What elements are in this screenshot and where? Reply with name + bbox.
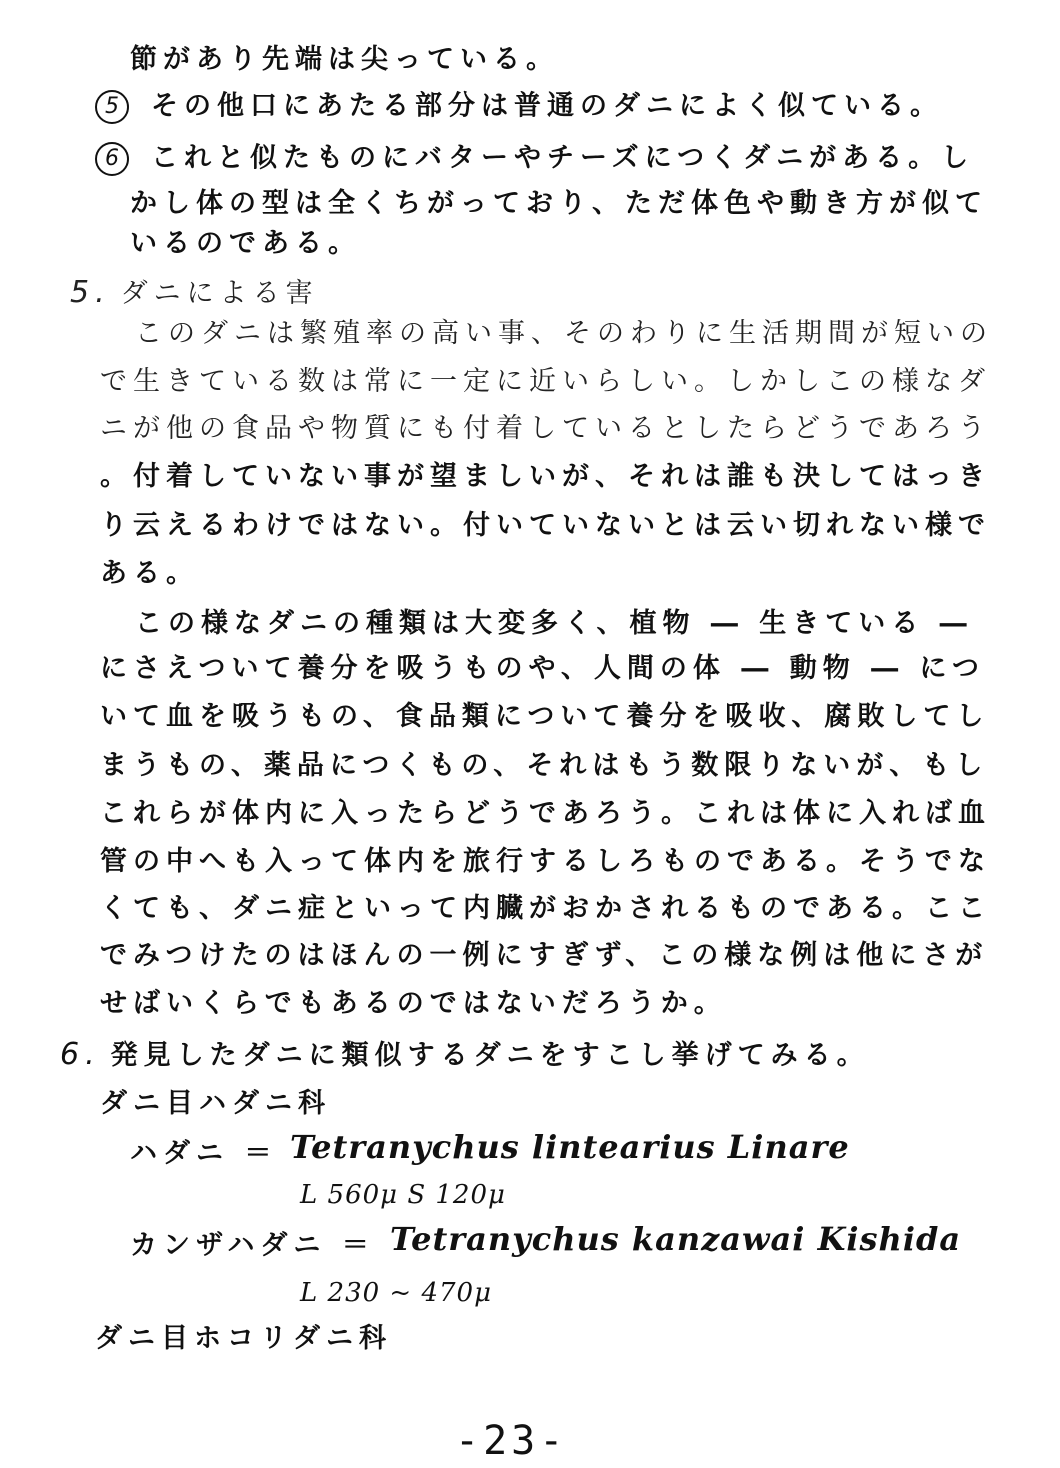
- section-title: 発見したダニに類似するダニをすこし挙げてみる。: [111, 1040, 870, 1071]
- section-5-heading: 5.ダニによる害: [70, 278, 319, 308]
- paragraph-line: にさえついて養分を吸うものや、人間の体 ― 動物 ― につ: [100, 655, 985, 682]
- circled-number-6: 6: [95, 142, 129, 176]
- species-measurements: L 230 ~ 470μ: [300, 1278, 492, 1308]
- list-item-6: 6これと似たものにバターやチーズにつくダニがある。し: [95, 142, 974, 176]
- species-common-name: カンザハダニ ＝: [130, 1232, 375, 1259]
- circled-number-5: 5: [95, 90, 129, 124]
- family-heading-1: ダニ目ハダニ科: [100, 1090, 331, 1117]
- paragraph-line: くても、ダニ症といって内臓がおかされるものである。ここ: [100, 895, 991, 922]
- document-page: 節があり先端は尖っている。 5その他口にあたる部分は普通のダニによく似ている。 …: [0, 0, 1060, 1468]
- continuation-line: 節があり先端は尖っている。: [130, 46, 559, 73]
- list-item-6-line-3: いるのである。: [130, 230, 361, 257]
- paragraph-line: この様なダニの種類は大変多く、植物 ― 生きている ―: [135, 610, 973, 637]
- paragraph-line: でみつけたのはほんの一例にすぎず、この様な例は他にさが: [100, 942, 988, 969]
- section-number: 6.: [60, 1037, 101, 1072]
- list-item-text: その他口にあたる部分は普通のダニによく似ている。: [151, 91, 943, 122]
- paragraph-line: 管の中へも入って体内を旅行するしろものである。そうでな: [100, 848, 991, 875]
- list-item-5: 5その他口にあたる部分は普通のダニによく似ている。: [95, 90, 943, 124]
- family-heading-2: ダニ目ホコリダニ科: [95, 1325, 392, 1352]
- species-scientific-name: Tetranychus kanzawai Kishida: [390, 1220, 961, 1258]
- section-number: 5.: [70, 275, 111, 310]
- list-item-6-line-2: かし体の型は全くちがっており、ただ体色や動き方が似て: [130, 190, 988, 217]
- paragraph-line: このダニは繁殖率の高い事、そのわりに生活期間が短いの: [135, 320, 993, 347]
- section-title: ダニによる害: [121, 278, 319, 309]
- paragraph-line: ある。: [100, 560, 199, 587]
- paragraph-line: で生きている数は常に一定に近いらしい。しかしこの様なダ: [100, 368, 991, 395]
- paragraph-line: これらが体内に入ったらどうであろう。これは体に入れば血: [100, 800, 991, 827]
- paragraph-line: 。付着していない事が望ましいが、それは誰も決してはっき: [100, 463, 991, 490]
- species-scientific-name: Tetranychus lintearius Linare: [290, 1128, 850, 1166]
- list-item-text: これと似たものにバターやチーズにつくダニがある。し: [151, 143, 974, 174]
- paragraph-line: ニが他の食品や物質にも付着しているとしたらどうであろう: [100, 415, 991, 442]
- species-common-name: ハダニ ＝: [130, 1140, 277, 1167]
- section-6-heading: 6.発見したダニに類似するダニをすこし挙げてみる。: [60, 1040, 870, 1070]
- species-measurements: L 560μ S 120μ: [300, 1180, 506, 1210]
- paragraph-line: いて血を吸うもの、食品類について養分を吸收、腐敗してし: [100, 703, 989, 730]
- page-number: -23-: [455, 1418, 567, 1464]
- paragraph-line: まうもの、薬品につくもの、それはもう数限りないが、もし: [100, 752, 988, 779]
- paragraph-line: り云えるわけではない。付いていないとは云い切れない様で: [100, 512, 991, 539]
- paragraph-line: せばいくらでもあるのではないだろうか。: [100, 990, 727, 1017]
